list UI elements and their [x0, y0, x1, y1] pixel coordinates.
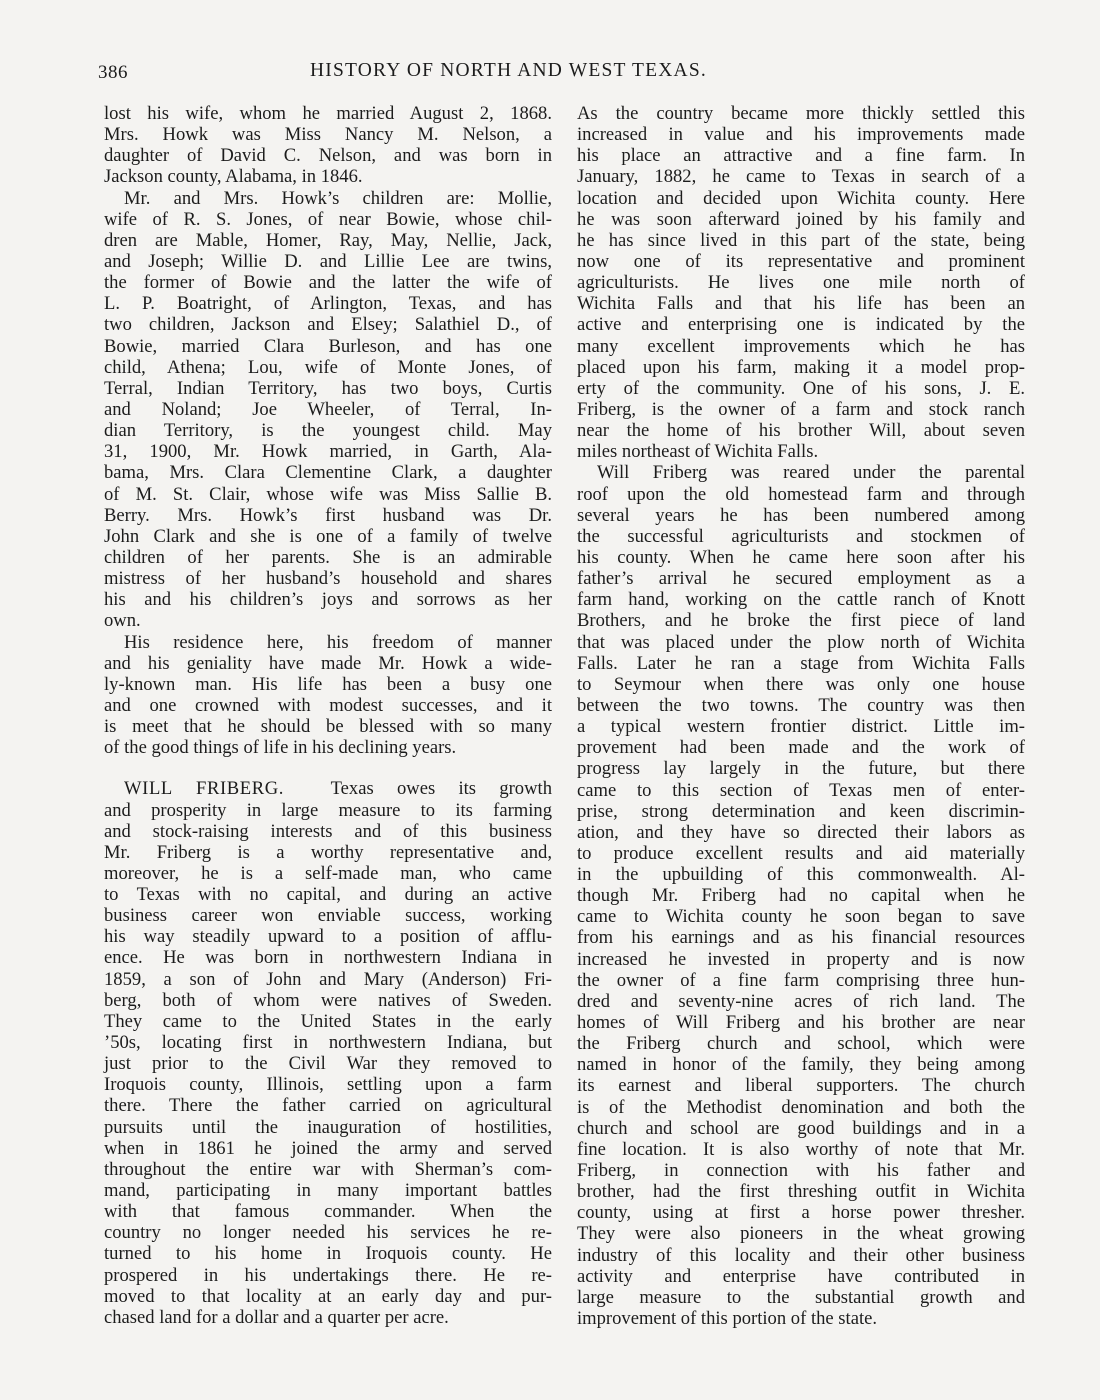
text-line: miles northeast of Wichita Falls. [577, 441, 1025, 462]
text-line: Falls. Later he ran a stage from Wichita… [577, 653, 1025, 674]
text-line: just prior to the Civil War they removed… [104, 1053, 552, 1074]
text-line: As the country became more thickly settl… [577, 103, 1025, 124]
text-line: ation, and they have so directed their l… [577, 822, 1025, 843]
friberg-first-line: WILL FRIBERG. Texas owes its growth [104, 778, 552, 799]
text-line: homes of Will Friberg and his brother ar… [577, 1012, 1025, 1033]
text-line: child, Athena; Lou, wife of Monte Jones,… [104, 357, 552, 378]
text-line: large measure to the substantial growth … [577, 1287, 1025, 1308]
text-line: fine location. It is also worthy of note… [577, 1139, 1025, 1160]
text-line: Bowie, married Clara Burleson, and has o… [104, 336, 552, 357]
text-line: Friberg, is the owner of a farm and stoc… [577, 399, 1025, 420]
text-line: many excellent improvements which he has [577, 336, 1025, 357]
paragraph-friberg-intro: and prosperity in large measure to its f… [104, 800, 552, 1329]
text-line: wife of R. S. Jones, of near Bowie, whos… [104, 209, 552, 230]
text-line: They were also pioneers in the wheat gro… [577, 1223, 1025, 1244]
text-line: ly-known man. His life has been a busy o… [104, 674, 552, 695]
text-line: 1859, a son of John and Mary (Anderson) … [104, 969, 552, 990]
text-line: erty of the community. One of his sons, … [577, 378, 1025, 399]
text-line: mand, participating in many important ba… [104, 1180, 552, 1201]
text-line: is of the Methodist denomination and bot… [577, 1097, 1025, 1118]
text-line: county, using at first a horse power thr… [577, 1202, 1025, 1223]
text-line: is meet that he should be blessed with s… [104, 716, 552, 737]
text-line: lost his wife, whom he married August 2,… [104, 103, 552, 124]
text-line: to Texas with no capital, and during an … [104, 884, 552, 905]
text-line: came to Wichita county he soon began to … [577, 906, 1025, 927]
text-line: came to this section of Texas men of ent… [577, 780, 1025, 801]
text-line: throughout the entire war with Sherman’s… [104, 1159, 552, 1180]
text-line: location and decided upon Wichita county… [577, 188, 1025, 209]
paragraph-howk-children: Mr. and Mrs. Howk’s children are: Mollie… [104, 188, 552, 632]
text-line: he was soon afterward joined by his fami… [577, 209, 1025, 230]
text-line: with that famous commander. When the [104, 1201, 552, 1222]
text-line: from his earnings and as his financial r… [577, 927, 1025, 948]
text-line: mistress of her husband’s household and … [104, 568, 552, 589]
text-line: dred and seventy-nine acres of rich land… [577, 991, 1025, 1012]
text-line: roof upon the old homestead farm and thr… [577, 484, 1025, 505]
text-line: there. There the father carried on agric… [104, 1095, 552, 1116]
text-line: berg, both of whom were natives of Swede… [104, 990, 552, 1011]
text-line: his county. When he came here soon after… [577, 547, 1025, 568]
text-line: named in honor of the family, they being… [577, 1054, 1025, 1075]
text-line: Jackson county, Alabama, in 1846. [104, 166, 552, 187]
text-line: and one crowned with modest successes, a… [104, 695, 552, 716]
left-column: lost his wife, whom he married August 2,… [104, 103, 552, 1328]
text-line: and Noland; Joe Wheeler, of Terral, In- [104, 399, 552, 420]
text-line: now one of its representative and promin… [577, 251, 1025, 272]
text-line: provement had been made and the work of [577, 737, 1025, 758]
text-line: he has since lived in this part of the s… [577, 230, 1025, 251]
text-line: Brothers, and he broke the first piece o… [577, 610, 1025, 631]
text-line: moved to that locality at an early day a… [104, 1286, 552, 1307]
section-gap [104, 758, 552, 778]
text-line: 31, 1900, Mr. Howk married, in Garth, Al… [104, 441, 552, 462]
text-line: its earnest and liberal supporters. The … [577, 1075, 1025, 1096]
right-column: As the country became more thickly settl… [577, 103, 1025, 1329]
text-line: placed upon his farm, making it a model … [577, 357, 1025, 378]
text-line: Mr. and Mrs. Howk’s children are: Mollie… [104, 188, 552, 209]
text-line: business career won enviable success, wo… [104, 905, 552, 926]
text-line: his and his children’s joys and sorrows … [104, 589, 552, 610]
section-will-friberg: WILL FRIBERG. Texas owes its growth and … [104, 778, 552, 1328]
text-line: activity and enterprise have contributed… [577, 1266, 1025, 1287]
text-line: chased land for a dollar and a quarter p… [104, 1307, 552, 1328]
text-line: agriculturists. He lives one mile north … [577, 272, 1025, 293]
paragraph-friberg-farm: As the country became more thickly settl… [577, 103, 1025, 462]
text-line: church and school are good buildings and… [577, 1118, 1025, 1139]
text-line: in the upbuilding of this commonwealth. … [577, 864, 1025, 885]
text-line: prise, strong determination and keen dis… [577, 801, 1025, 822]
text-line: father’s arrival he secured employment a… [577, 568, 1025, 589]
text-line: children of her parents. She is an admir… [104, 547, 552, 568]
text-line: L. P. Boatright, of Arlington, Texas, an… [104, 293, 552, 314]
text-line: Will Friberg was reared under the parent… [577, 462, 1025, 483]
text-line: ence. He was born in northwestern Indian… [104, 947, 552, 968]
text-line: his way steadily upward to a position of… [104, 926, 552, 947]
text-line: dren are Mable, Homer, Ray, May, Nellie,… [104, 230, 552, 251]
text-line: Mr. Friberg is a worthy representative a… [104, 842, 552, 863]
text-line: several years he has been numbered among [577, 505, 1025, 526]
text-line: John Clark and she is one of a family of… [104, 526, 552, 547]
text-line: Berry. Mrs. Howk’s first husband was Dr. [104, 505, 552, 526]
page-number: 386 [98, 62, 128, 84]
text-line: though Mr. Friberg had no capital when h… [577, 885, 1025, 906]
text-line: two children, Jackson and Elsey; Salathi… [104, 314, 552, 335]
text-line: Iroquois county, Illinois, settling upon… [104, 1074, 552, 1095]
text-line: to Seymour when there was only one house [577, 674, 1025, 695]
text-line: increased in value and his improvements … [577, 124, 1025, 145]
text-line: of the good things of life in his declin… [104, 737, 552, 758]
text-line: and stock-raising interests and of this … [104, 821, 552, 842]
text-line: They came to the United States in the ea… [104, 1011, 552, 1032]
paragraph-friberg-career: Will Friberg was reared under the parent… [577, 462, 1025, 1329]
text-line: between the two towns. The country was t… [577, 695, 1025, 716]
text-line: and Joseph; Willie D. and Lillie Lee are… [104, 251, 552, 272]
text-line: a typical western frontier district. Lit… [577, 716, 1025, 737]
text-line: January, 1882, he came to Texas in searc… [577, 166, 1025, 187]
text-line: increased he invested in property and is… [577, 949, 1025, 970]
text-line: brother, had the first threshing outfit … [577, 1181, 1025, 1202]
text-line: and his geniality have made Mr. Howk a w… [104, 653, 552, 674]
text-line: progress lay largely in the future, but … [577, 758, 1025, 779]
text-line: and prosperity in large measure to its f… [104, 800, 552, 821]
text-line: improvement of this portion of the state… [577, 1308, 1025, 1329]
text-line: near the home of his brother Will, about… [577, 420, 1025, 441]
text-line: bama, Mrs. Clara Clementine Clark, a dau… [104, 462, 552, 483]
text-line: country no longer needed his services he… [104, 1222, 552, 1243]
text-line: His residence here, his freedom of manne… [104, 632, 552, 653]
text-line: daughter of David C. Nelson, and was bor… [104, 145, 552, 166]
text-line: moreover, he is a self-made man, who cam… [104, 863, 552, 884]
running-title: HISTORY OF NORTH AND WEST TEXAS. [310, 60, 707, 82]
text-line: when in 1861 he joined the army and serv… [104, 1138, 552, 1159]
text-line: of M. St. Clair, whose wife was Miss Sal… [104, 484, 552, 505]
text-line: own. [104, 610, 552, 631]
text-line: to produce excellent results and aid mat… [577, 843, 1025, 864]
text-line: Terral, Indian Territory, has two boys, … [104, 378, 552, 399]
text-line: that was placed under the plow north of … [577, 632, 1025, 653]
text-line: turned to his home in Iroquois county. H… [104, 1243, 552, 1264]
text-line: his place an attractive and a fine farm.… [577, 145, 1025, 166]
text-line: the Friberg church and school, which wer… [577, 1033, 1025, 1054]
paragraph-howk-residence: His residence here, his freedom of manne… [104, 632, 552, 759]
text-line: Wichita Falls and that his life has been… [577, 293, 1025, 314]
text-line: the former of Bowie and the latter the w… [104, 272, 552, 293]
section-heading-will-friberg: WILL FRIBERG. [124, 778, 284, 799]
text-line: prospered in his undertakings there. He … [104, 1265, 552, 1286]
text-line: pursuits until the inauguration of hosti… [104, 1117, 552, 1138]
friberg-first-line-text: Texas owes its growth [331, 778, 552, 799]
text-line: dian Territory, is the youngest child. M… [104, 420, 552, 441]
text-line: active and enterprising one is indicated… [577, 314, 1025, 335]
paragraph-howk-wife: lost his wife, whom he married August 2,… [104, 103, 552, 188]
text-line: the owner of a fine farm comprising thre… [577, 970, 1025, 991]
text-line: industry of this locality and their othe… [577, 1245, 1025, 1266]
text-line: Mrs. Howk was Miss Nancy M. Nelson, a [104, 124, 552, 145]
text-line: ’50s, locating first in northwestern Ind… [104, 1032, 552, 1053]
text-line: farm hand, working on the cattle ranch o… [577, 589, 1025, 610]
text-line: the successful agriculturists and stockm… [577, 526, 1025, 547]
text-line: Friberg, in connection with his father a… [577, 1160, 1025, 1181]
